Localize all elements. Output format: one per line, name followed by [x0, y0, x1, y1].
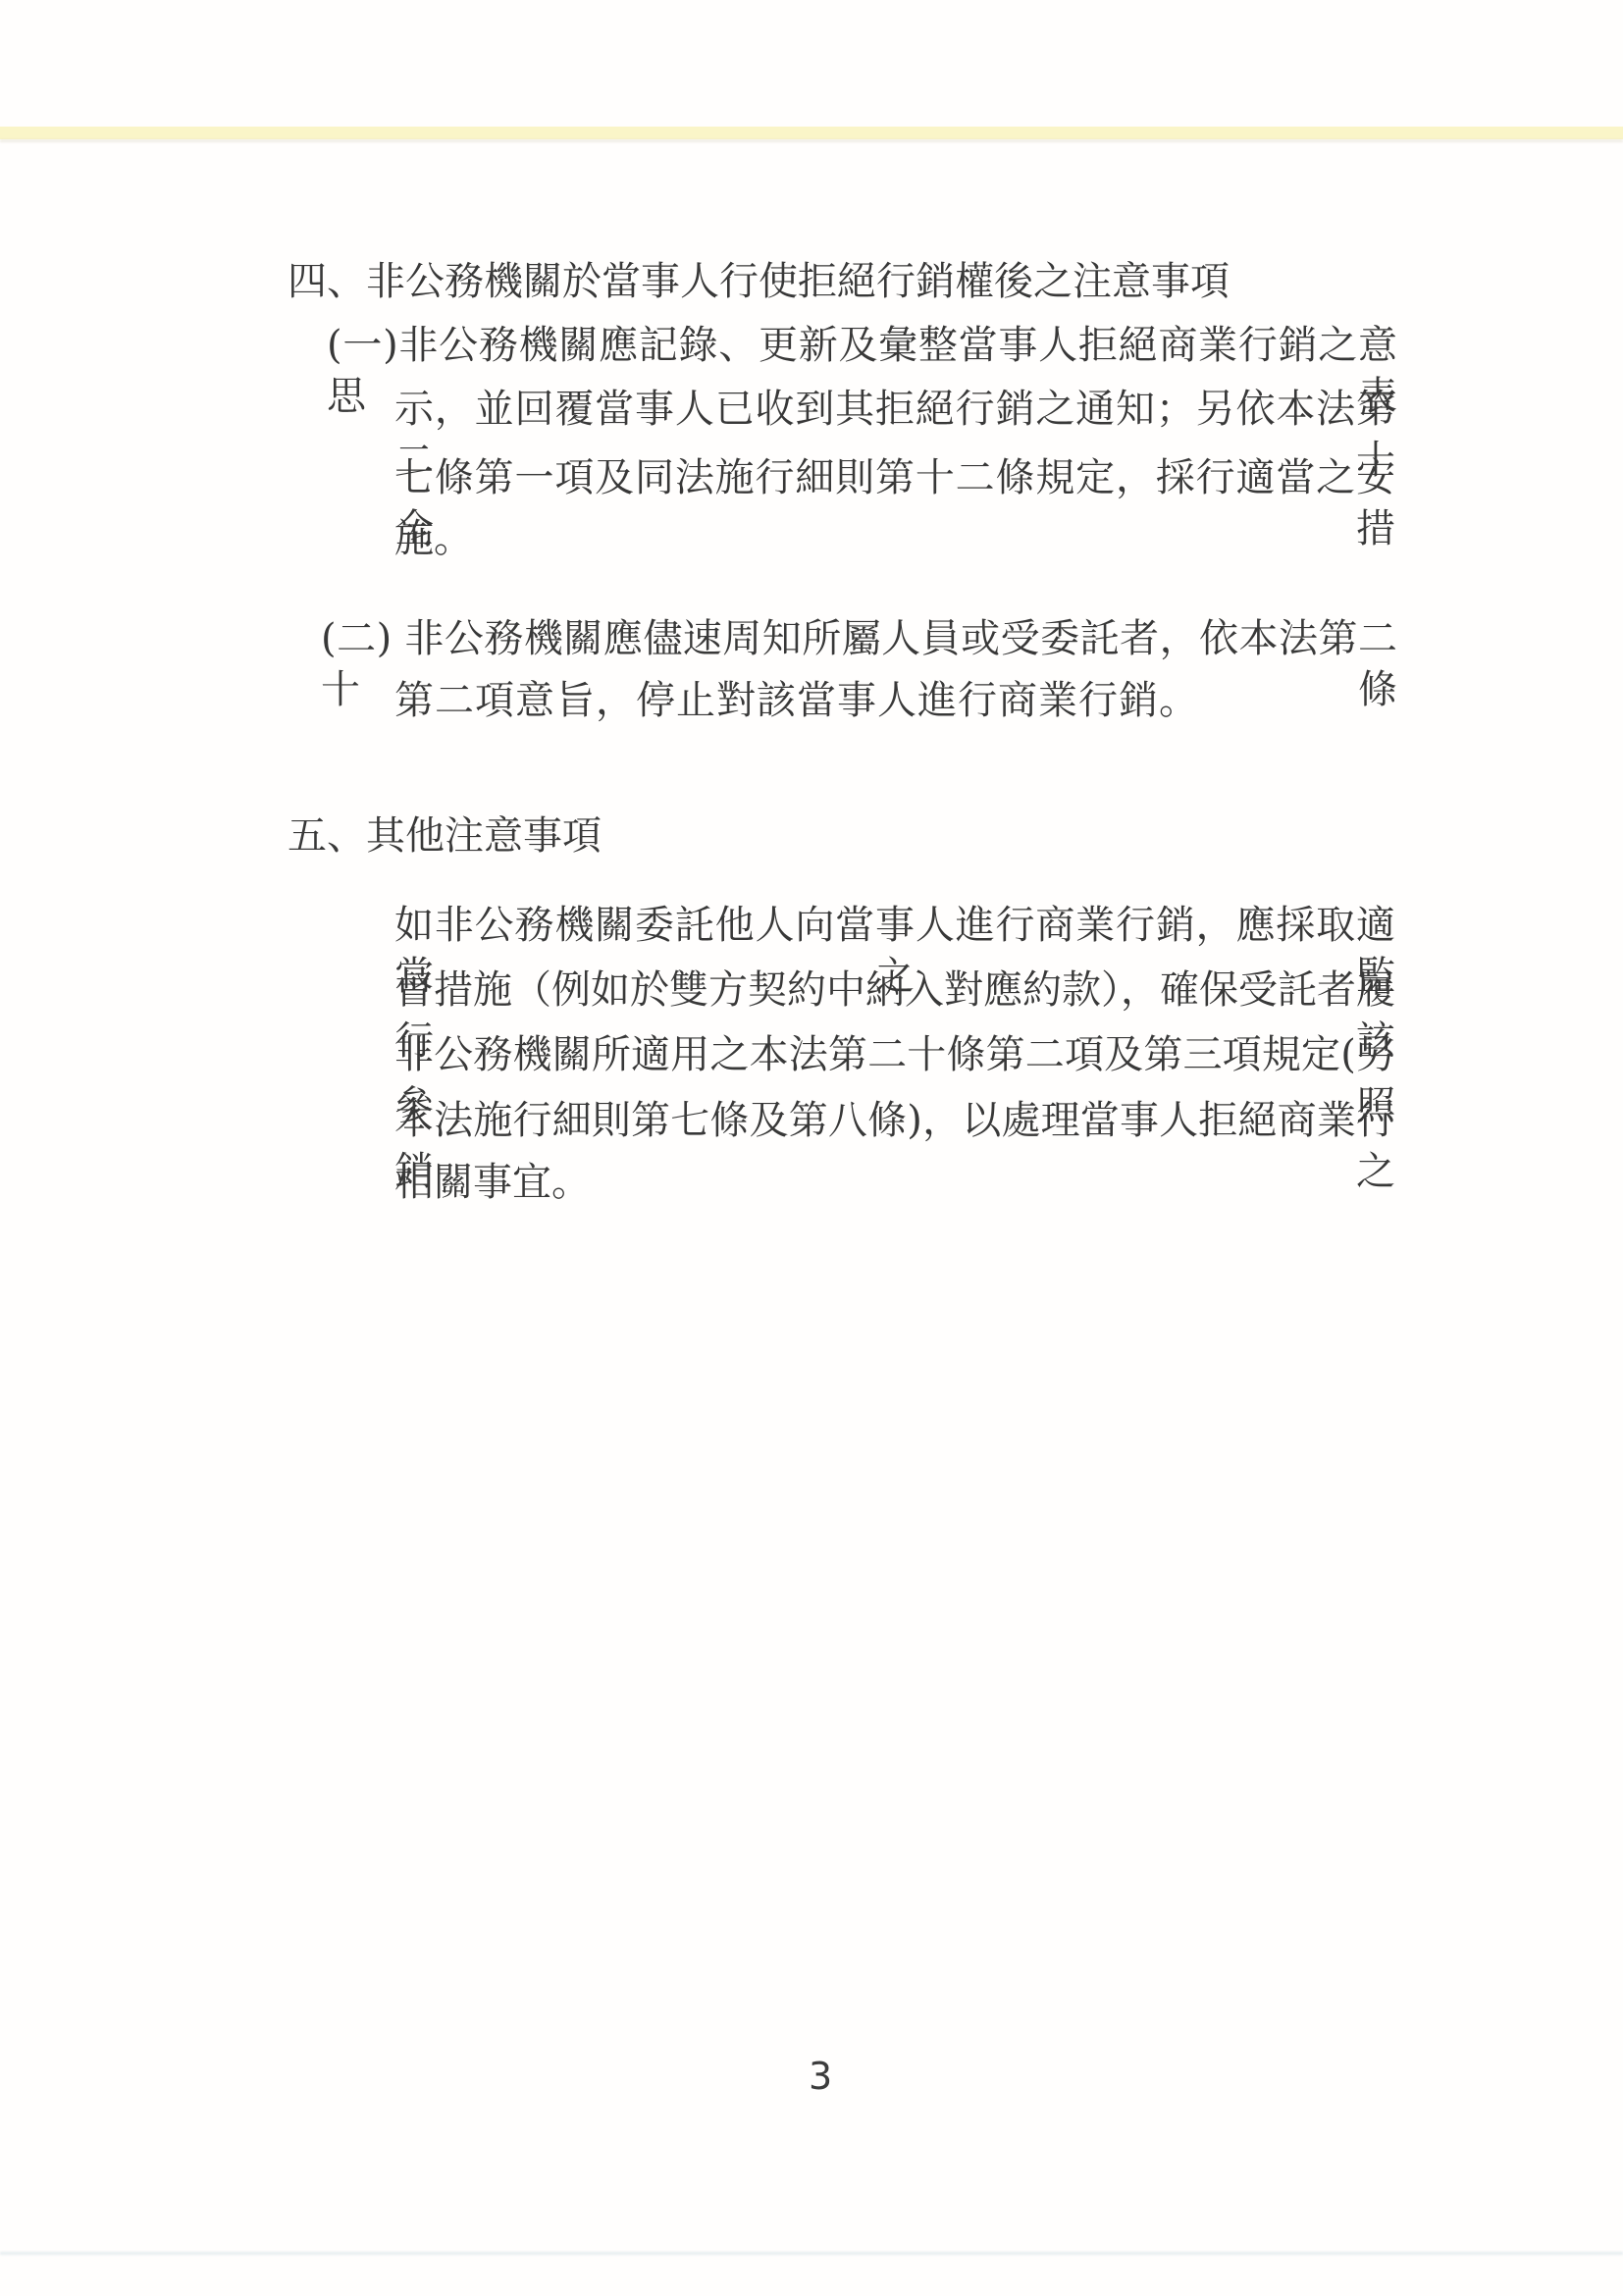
- section-5-paragraph-line-5: 相關事宜。: [394, 1157, 591, 1208]
- scanned-document-page: 四、非公務機關於當事人行使拒絕行銷權後之注意事項 (一)非公務機關應記錄、更新及…: [0, 0, 1623, 2296]
- scan-edge-artifact: [0, 2252, 1623, 2255]
- highlighter-streak: [0, 127, 1623, 139]
- page-number: 3: [809, 2055, 832, 2098]
- section-4-item-1-line-4: 施。: [394, 513, 473, 564]
- section-4-item-2-line-2: 第二項意旨，停止對該當事人進行商業行銷。: [394, 675, 1395, 726]
- section-4-item-1-line-3: 七條第一項及同法施行細則第十二條規定，採行適當之安全措: [394, 452, 1395, 554]
- section-4-heading: 四、非公務機關於當事人行使拒絕行銷權後之注意事項: [288, 256, 1230, 307]
- section-5-heading: 五、其他注意事項: [288, 810, 602, 861]
- highlighter-streak-shadow: [0, 139, 1623, 142]
